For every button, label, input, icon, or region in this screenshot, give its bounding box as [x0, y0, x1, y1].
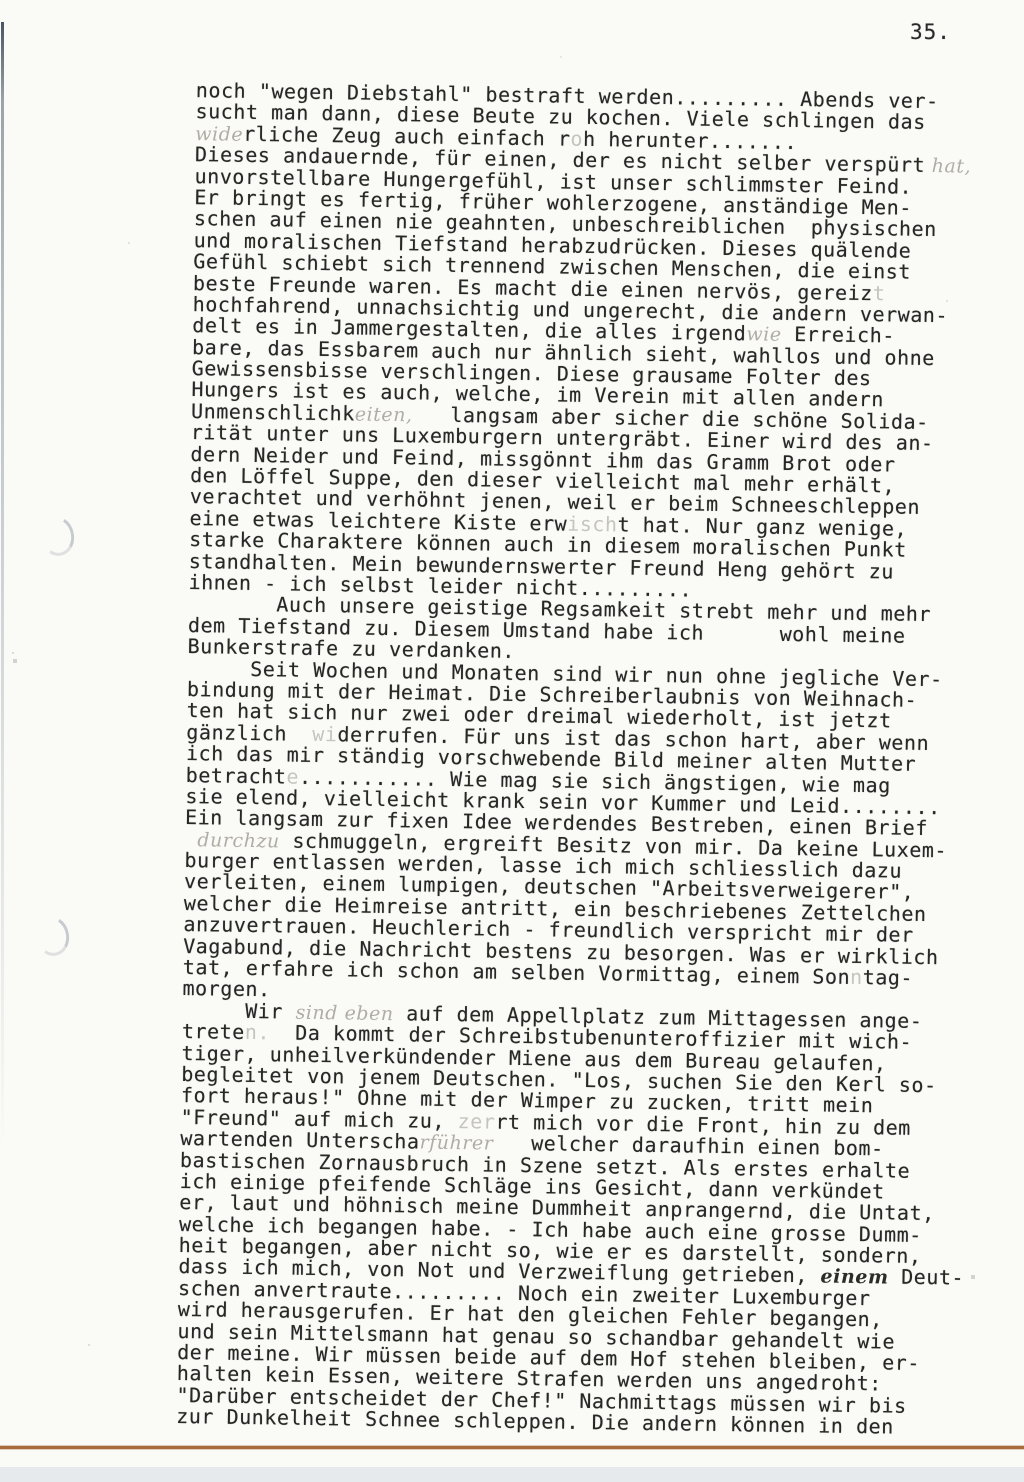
- scan-edge-shadow: [1, 22, 4, 1152]
- scanned-document-page: 35. noch "wegen Diebstahl" bestraft werd…: [0, 0, 1024, 1482]
- punch-hole-mark-bottom: [31, 912, 74, 959]
- text-block: noch "wegen Diebstahl" bestraft werden..…: [176, 80, 1002, 1439]
- bottom-rule: [0, 1446, 1024, 1449]
- punch-hole-mark-top: [36, 512, 79, 559]
- page-number: 35.: [910, 20, 951, 44]
- scanner-background-strip: [0, 1467, 1024, 1482]
- typed-text: tag-: [863, 965, 914, 990]
- typed-text: Deut-: [888, 1265, 964, 1290]
- handwritten-text: hat,: [925, 155, 971, 178]
- faded-typed-text: n: [850, 965, 863, 989]
- scan-speckles: [0, 0, 2, 2]
- faded-typed-text: zer: [457, 1109, 495, 1134]
